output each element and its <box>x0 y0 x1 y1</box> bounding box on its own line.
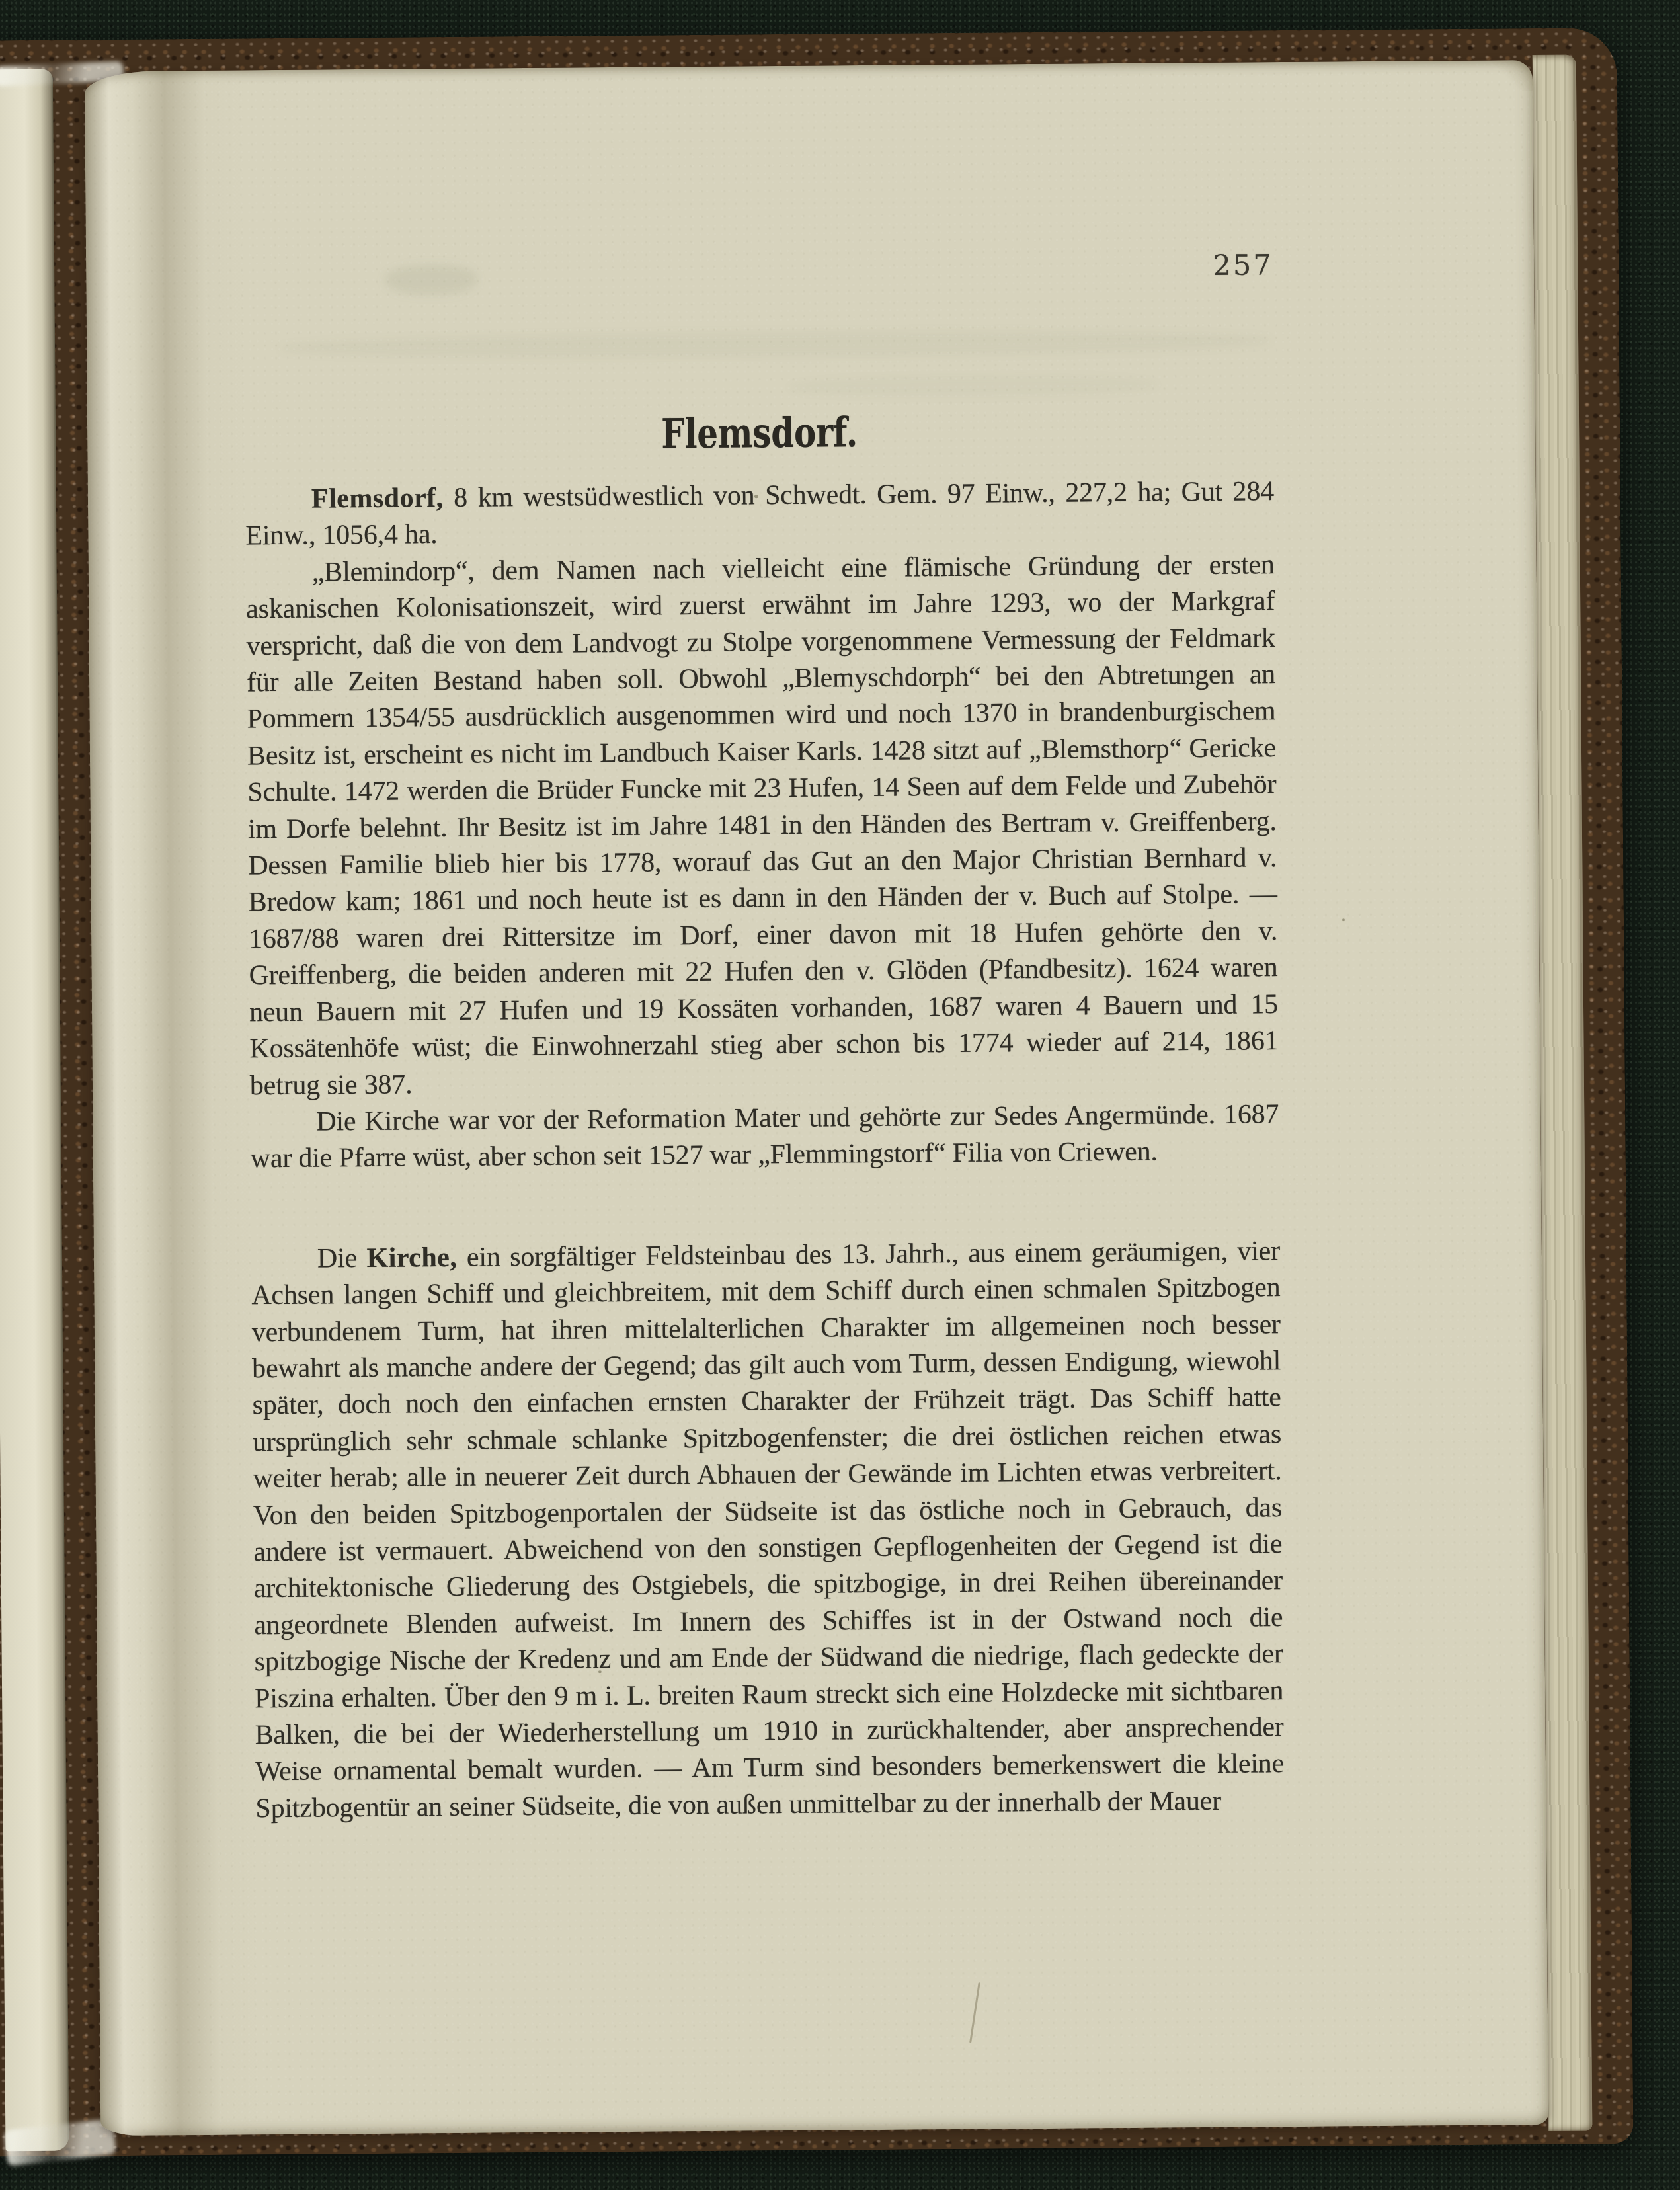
paragraph-church-description: Die Kirche, ein sorgfältiger Feldsteinba… <box>251 1233 1285 1828</box>
paragraph-lead-bold: Kirche, <box>366 1242 457 1274</box>
paragraph-lead-bold: Flemsdorf, <box>311 483 444 514</box>
section-heading: Flemsdorf. <box>245 405 1274 461</box>
showthrough-smudge <box>385 264 477 296</box>
book-cover: 257 Flemsdorf. Flemsdorf, 8 km westsüdwe… <box>0 28 1634 2157</box>
paragraph-text: Die Kirche war vor der Reformation Mater… <box>251 1099 1279 1174</box>
section-heading-text: Flemsdorf. <box>660 408 857 458</box>
scan-background: 257 Flemsdorf. Flemsdorf, 8 km westsüdwe… <box>0 0 1680 2190</box>
showthrough-smudge <box>788 374 1158 398</box>
dust-speck <box>1342 918 1345 921</box>
previous-page-edge <box>0 69 69 2152</box>
paragraph-text: „Blemindorp“, dem Namen nach vielleicht … <box>246 549 1279 1101</box>
paragraph-parish: Die Kirche war vor der Reformation Mater… <box>250 1096 1279 1178</box>
paragraph-prefix: Die <box>317 1243 367 1274</box>
gutter-shadow <box>85 70 260 2136</box>
page-number: 257 <box>1164 249 1322 283</box>
book-page: 257 Flemsdorf. Flemsdorf, 8 km westsüdwe… <box>85 60 1548 2136</box>
body-text: Flemsdorf, 8 km westsüdwestlich von Schw… <box>245 473 1285 1827</box>
paragraph-gazetteer: Flemsdorf, 8 km westsüdwestlich von Schw… <box>245 473 1275 555</box>
paper-fiber <box>969 1982 980 2043</box>
page-corner-fold <box>1492 60 1533 91</box>
showthrough-smudge <box>280 328 1271 361</box>
paragraph-history: „Blemindorp“, dem Namen nach vielleicht … <box>246 547 1279 1104</box>
paragraph-text: ein sorgfältiger Feldsteinbau des 13. Ja… <box>251 1236 1284 1824</box>
